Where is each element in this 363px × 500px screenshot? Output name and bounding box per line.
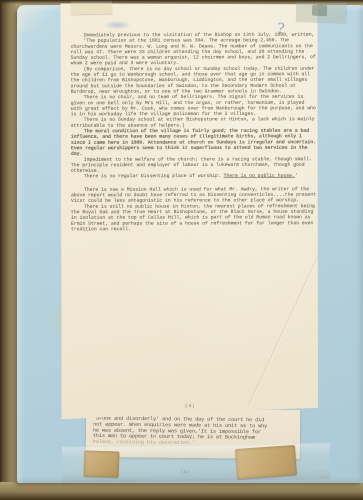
- paragraph-choir-bellringers: There is no choir, and no team of bellri…: [71, 94, 317, 117]
- tan-tape-square-left: [84, 450, 120, 477]
- paragraph-public-house-today: There is still no public house in Hinton…: [71, 203, 317, 232]
- no-public-house-underlined: There is no public house.: [224, 173, 295, 179]
- blue-ink-smudge: [104, 21, 130, 29]
- paragraph-dissenting: There is no regular Dissenting place of …: [71, 173, 317, 179]
- typed-manuscript-page: Immediately previous to the visitation o…: [60, 3, 318, 420]
- slip-page-number: (5): [160, 461, 210, 479]
- paragraph-moral-condition: The moral condition of the village is fa…: [71, 128, 317, 157]
- paragraph-mission-hall: There is now a Mission Hall which is use…: [71, 186, 317, 204]
- tan-tape-square-right: [235, 445, 297, 479]
- slip-page-number-text: (5): [181, 469, 190, 475]
- photo-top-edge-shadow: [0, 0, 363, 4]
- album-page-bottom-edge: [0, 482, 363, 500]
- paragraph-comparison-schools: (By comparison, there is no day school o…: [71, 66, 317, 95]
- red-smudge-mark: [24, 485, 38, 491]
- slip-typed-text: 'drunk and disorderly' and on the day of…: [93, 416, 300, 448]
- blue-ink-question-mark: ?: [276, 22, 285, 37]
- page-number-text: (4): [185, 403, 196, 409]
- paragraph-sunday-school: There is no Sunday school at either Bish…: [71, 116, 317, 128]
- dissenting-pre-text: There is no regular Dissenting place of …: [84, 173, 224, 179]
- paragraph-impediment: Impediment to the welfare of the church;…: [71, 156, 317, 174]
- dissenting-close-quote: ': [295, 173, 298, 179]
- backing-sheet-curled-corner: [18, 6, 52, 32]
- paragraph-quote-census: 'The population at the 1881 census was 3…: [71, 37, 317, 66]
- typescript-body: Immediately previous to the visitation o…: [71, 32, 318, 232]
